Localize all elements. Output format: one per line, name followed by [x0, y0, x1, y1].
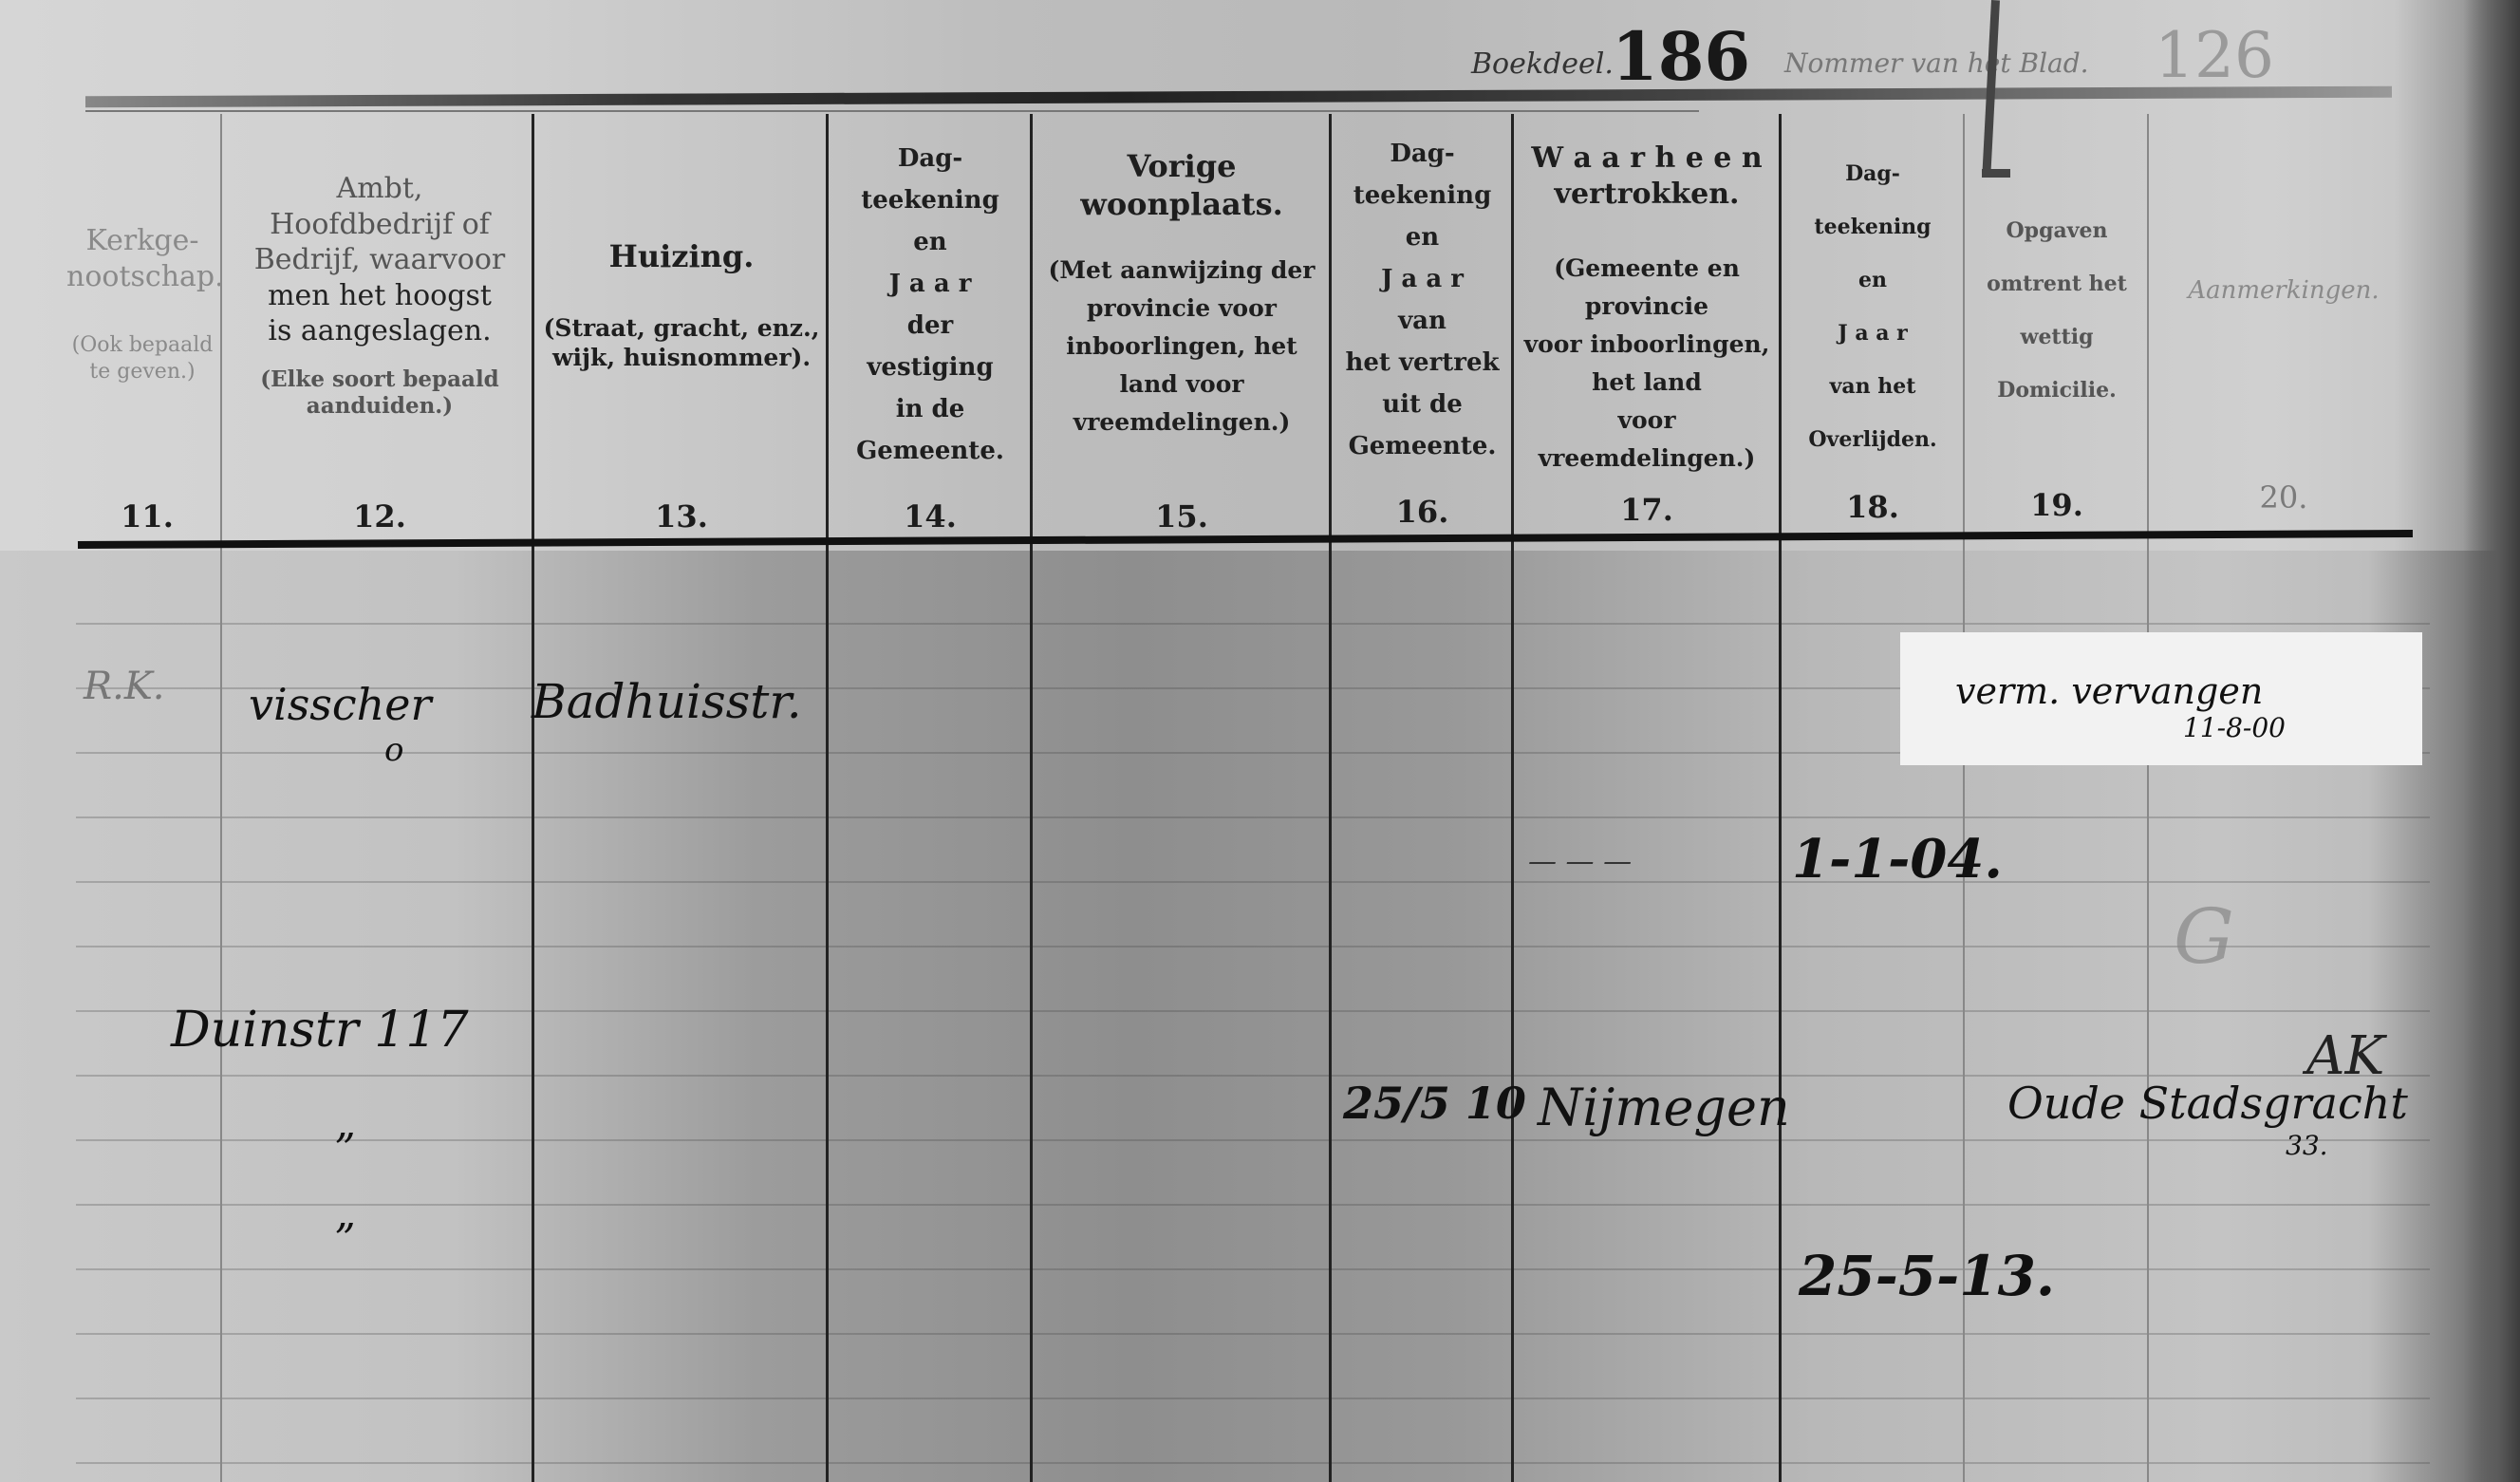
register-page: Boekdeel. 186 Nommer van het Blad. 126 K…: [0, 0, 2520, 1482]
blad-label: Nommer van het Blad.: [1784, 47, 2089, 79]
col-number-14: 14.: [831, 498, 1030, 535]
entry-initials: AK: [2306, 1025, 2384, 1087]
col-number-20: 20.: [2151, 479, 2417, 516]
entry-datum-vertrek: 25/5 10: [1343, 1078, 1526, 1129]
col-number-15: 15.: [1035, 498, 1329, 535]
col-header-18: Dag- teekening en J a a r van het Overli…: [1783, 147, 1963, 466]
page-edge-shadow: [2463, 0, 2520, 1482]
entry-waarheen-dash: — — —: [1528, 845, 1632, 878]
entry-overlijden-1: 1-1-04.: [1792, 828, 2003, 891]
entry-beroep-mark: o: [384, 731, 403, 769]
entry-kerk: R.K.: [84, 665, 164, 708]
entry-waarheen-nijmegen: Nijmegen: [1538, 1078, 1790, 1137]
col-divider-14-15: [1030, 114, 1033, 1482]
entry-huizing-badhuisstr: Badhuisstr.: [532, 674, 802, 729]
col-divider-13-14: [826, 114, 829, 1482]
col-header-17: W a a r h e e n vertrokken. (Gemeente en…: [1515, 141, 1779, 478]
pencil-mark: G: [2174, 892, 2234, 981]
col-number-17: 17.: [1515, 492, 1779, 528]
boekdeel-number: 186: [1612, 17, 1750, 96]
col-number-18: 18.: [1783, 489, 1963, 525]
col-divider-12-13: [532, 114, 534, 1482]
entry-beroep-duinstr: Duinstr 117: [171, 1002, 469, 1059]
col-divider-11-12: [220, 114, 222, 1482]
entry-overlijden-2: 25-5-13.: [1799, 1244, 2055, 1308]
entry-beroep-ditto-1: ”: [334, 1125, 356, 1173]
col-divider-15-16: [1329, 114, 1332, 1482]
col-number-12: 12.: [228, 498, 532, 535]
col-number-19: 19.: [1967, 487, 2147, 523]
boekdeel-label: Boekdeel.: [1471, 47, 1614, 81]
col-header-11: Kerkge- nootschap. (Ook bepaald te geven…: [66, 223, 218, 385]
col-divider-17-18: [1779, 114, 1782, 1482]
col-divider-16-17: [1511, 114, 1514, 1482]
entry-beroep-visscher: visscher: [249, 679, 432, 730]
blad-number: 126: [2155, 19, 2274, 92]
col-header-12: Ambt, Hoofdbedrijf of Bedrijf, waarvoor …: [228, 171, 532, 421]
col-divider-19-20: [2147, 114, 2149, 1482]
entry-aanmerking-patch: verm. vervangen: [1955, 670, 2263, 712]
col-header-19: Opgaven omtrent het wettig Domicilie.: [1967, 204, 2147, 417]
entry-domicilie-nr: 33.: [2286, 1130, 2328, 1161]
col-header-20: Aanmerkingen.: [2151, 275, 2417, 307]
top-rule-thin: [85, 110, 1699, 112]
col-number-13: 13.: [537, 498, 826, 535]
col-number-11: 11.: [85, 498, 209, 535]
entry-beroep-ditto-2: ”: [334, 1215, 356, 1264]
col-header-13: Huizing. (Straat, gracht, enz., wijk, hu…: [537, 237, 826, 373]
pencil-stroke-foot: [1982, 169, 2010, 178]
entry-aanmerking-patch-date: 11-8-00: [2183, 712, 2286, 743]
col-header-15: Vorige woonplaats. (Met aanwijzing der p…: [1035, 147, 1329, 441]
col-header-14: Dag- teekening en J a a r der vestiging …: [831, 138, 1030, 472]
col-number-16: 16.: [1334, 494, 1511, 530]
col-header-16: Dag- teekening en J a a r van het vertre…: [1334, 133, 1511, 467]
